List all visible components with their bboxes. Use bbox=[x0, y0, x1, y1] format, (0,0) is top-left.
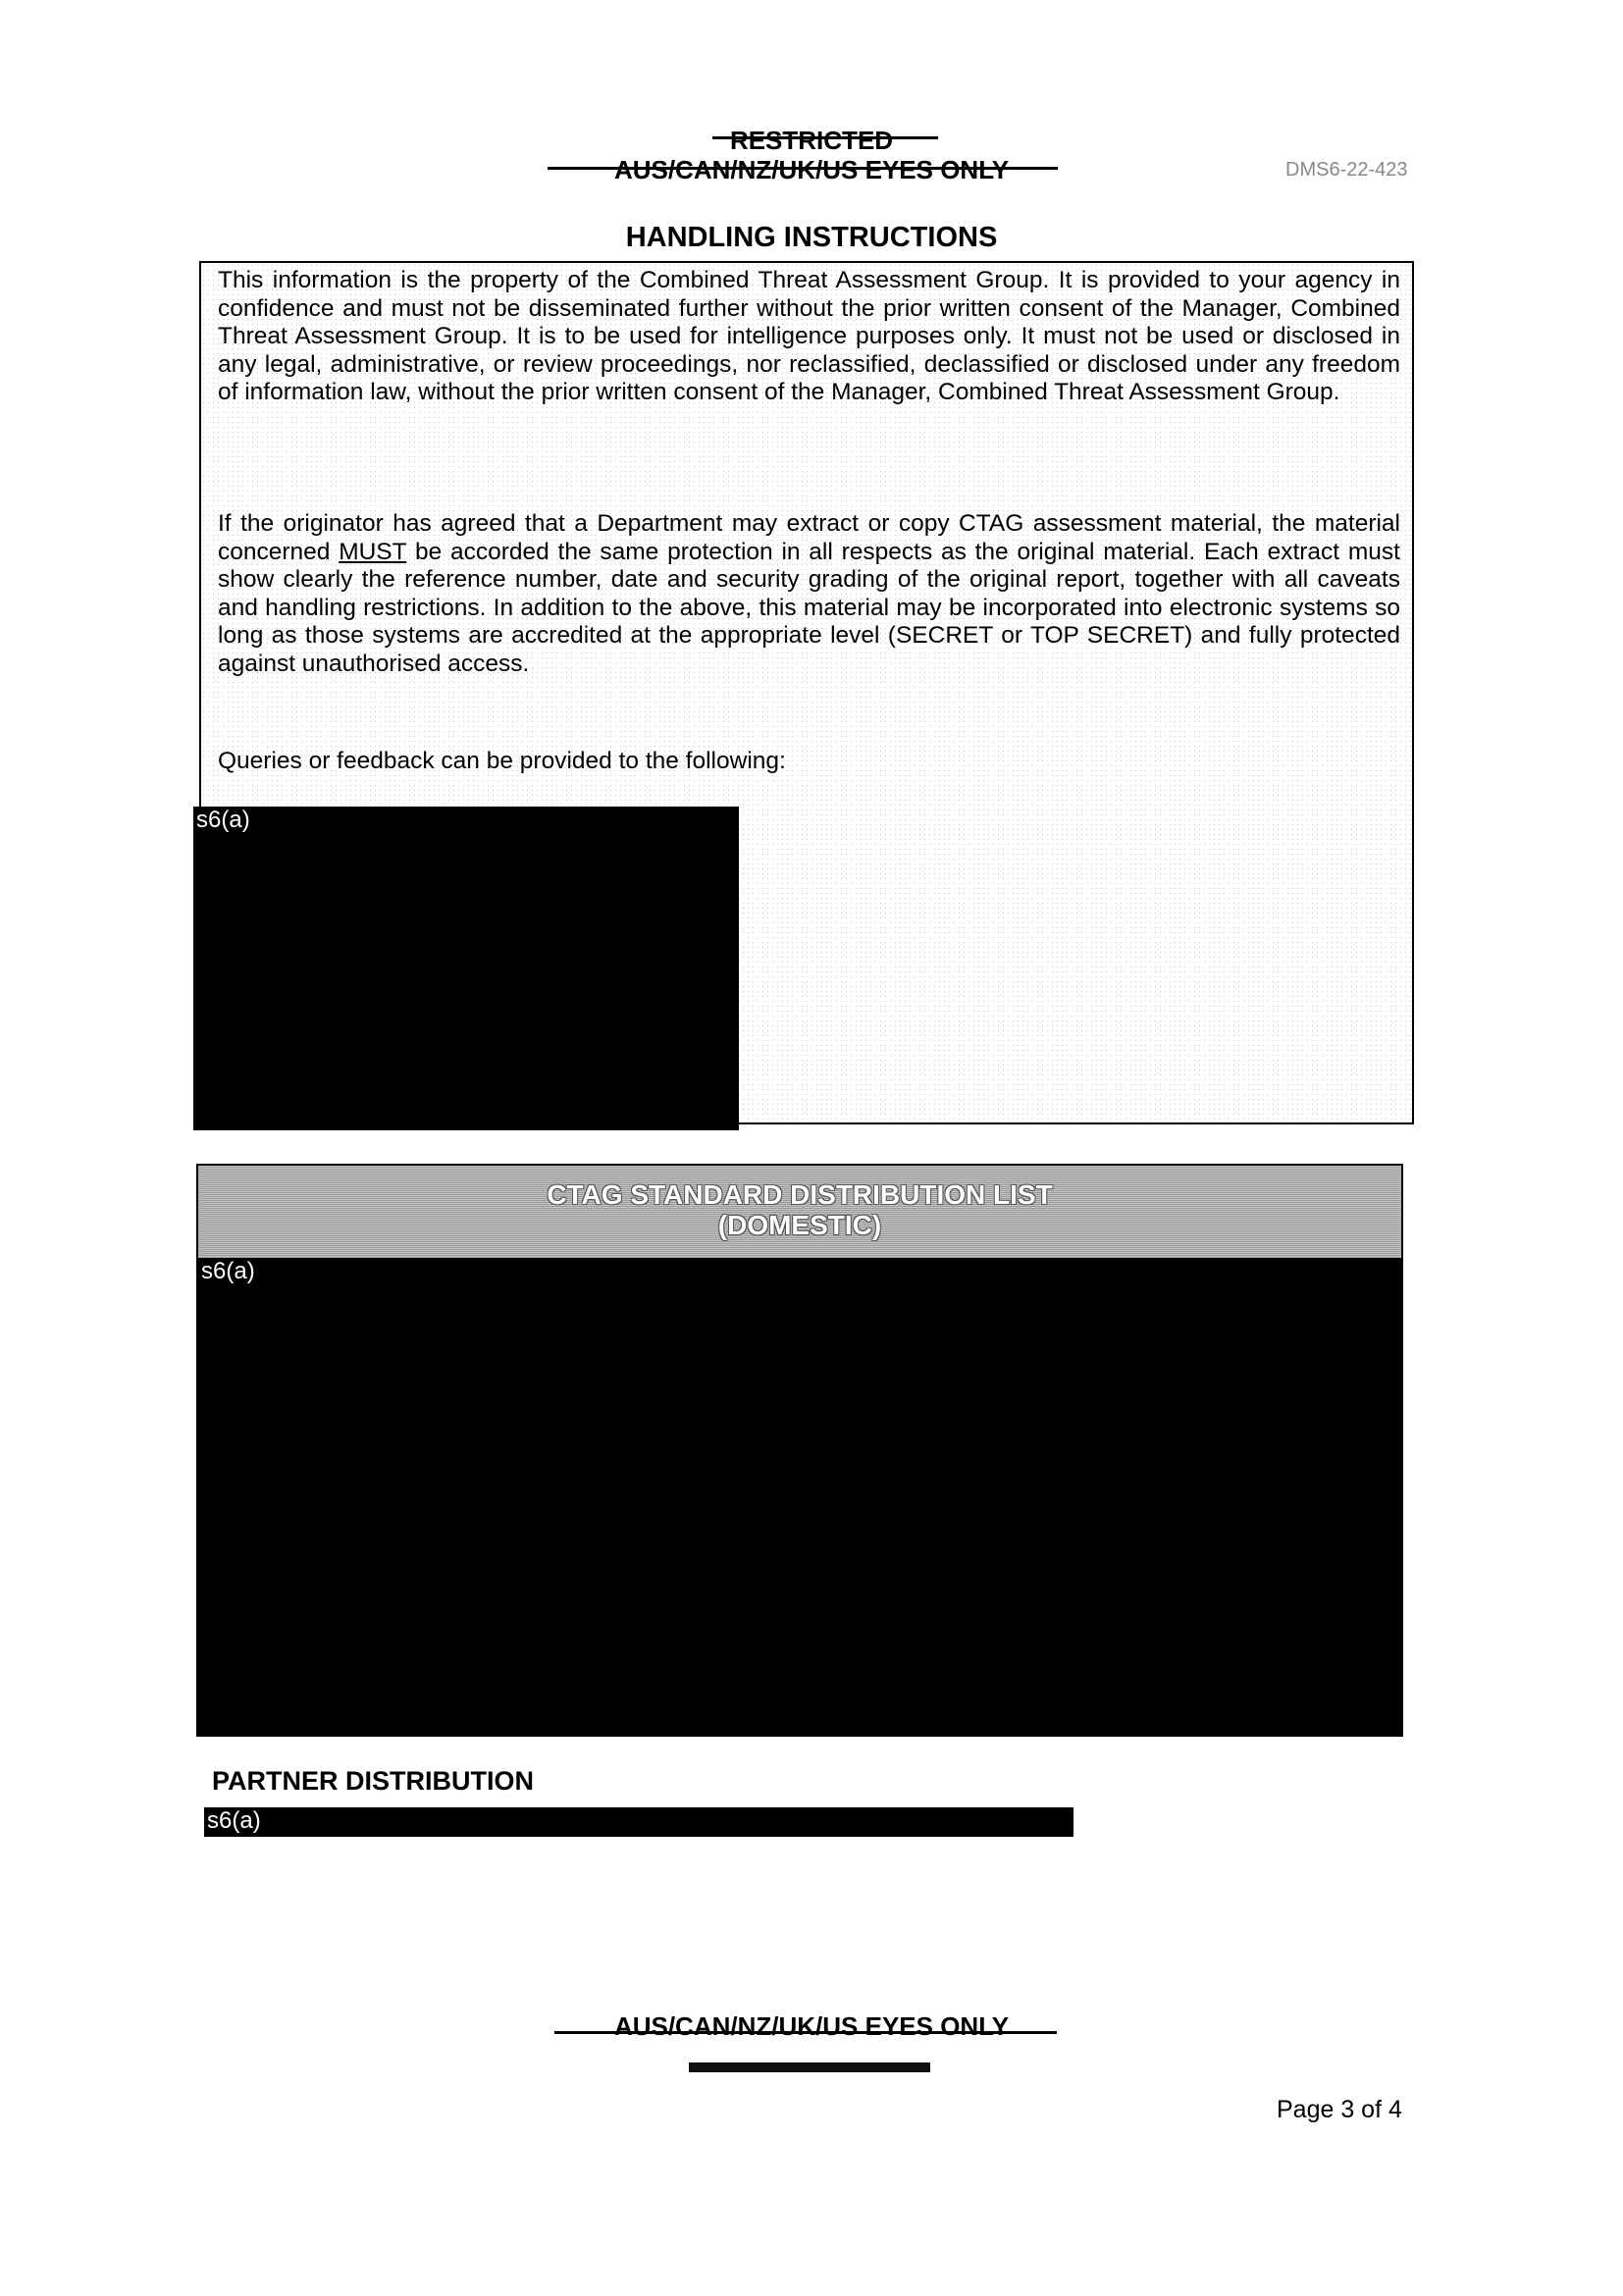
distribution-subtitle: (DOMESTIC) bbox=[198, 1210, 1401, 1240]
partner-distribution-title: PARTNER DISTRIBUTION bbox=[212, 1766, 534, 1797]
redaction-label: s6(a) bbox=[207, 1807, 261, 1834]
handling-instructions-title: HANDLING INSTRUCTIONS bbox=[0, 222, 1623, 254]
strikethrough-line bbox=[712, 136, 938, 139]
classification-marking-struck: RESTRICTED bbox=[0, 126, 1623, 155]
handling-paragraph-property: This information is the property of the … bbox=[218, 267, 1400, 407]
distribution-list-header: CTAG STANDARD DISTRIBUTION LIST (DOMESTI… bbox=[198, 1166, 1401, 1258]
page-number: Page 3 of 4 bbox=[1277, 2096, 1402, 2124]
footer-classification-redaction bbox=[689, 2062, 930, 2072]
redaction-label: s6(a) bbox=[196, 807, 250, 833]
redaction-label: s6(a) bbox=[201, 1258, 255, 1284]
partner-distribution-redaction: s6(a) bbox=[204, 1807, 1073, 1837]
distribution-title: CTAG STANDARD DISTRIBUTION LIST bbox=[198, 1179, 1401, 1210]
classification-text: RESTRICTED bbox=[730, 126, 893, 155]
strikethrough-line bbox=[548, 167, 1058, 170]
handling-paragraph-extracts: If the originator has agreed that a Depa… bbox=[218, 510, 1400, 678]
caveat-text: AUS/CAN/NZ/UK/US EYES ONLY bbox=[614, 155, 1009, 184]
caveat-text: AUS/CAN/NZ/UK/US EYES ONLY bbox=[614, 2011, 1009, 2041]
handling-paragraph-queries: Queries or feedback can be provided to t… bbox=[218, 748, 1400, 776]
contacts-redaction: s6(a) bbox=[193, 807, 739, 1130]
distribution-list-box: CTAG STANDARD DISTRIBUTION LIST (DOMESTI… bbox=[196, 1164, 1403, 1737]
footer-caveat-struck: AUS/CAN/NZ/UK/US EYES ONLY bbox=[0, 2011, 1623, 2041]
domestic-distribution-redaction: s6(a) bbox=[198, 1258, 1401, 1735]
strikethrough-line bbox=[554, 2031, 1057, 2034]
reference-number: DMS6-22-423 bbox=[1285, 159, 1408, 182]
must-emphasis: MUST bbox=[339, 539, 406, 565]
